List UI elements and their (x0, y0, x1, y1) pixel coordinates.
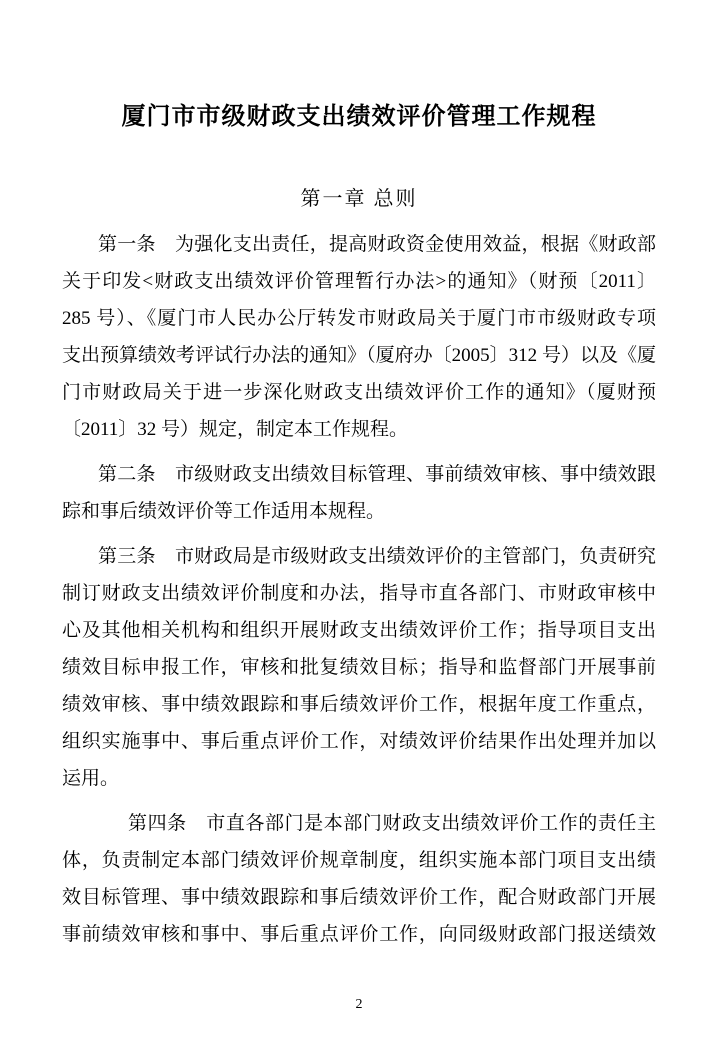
text-line: 关于印发<财政支出绩效评价管理暂行办法>的通知》（财预〔2011〕 (62, 263, 656, 300)
document-body: 第一条 为强化支出责任，提高财政资金使用效益，根据《财政部关于印发<财政支出绩效… (62, 226, 656, 953)
text-line: 踪和事后绩效评价等工作适用本规程。 (62, 493, 656, 530)
text-line: 第四条 市直各部门是本部门财政支出绩效评价工作的责任主 (62, 805, 656, 842)
text-line: 绩效目标申报工作，审核和批复绩效目标；指导和监督部门开展事前 (62, 649, 656, 686)
text-line: 支出预算绩效考评试行办法的通知》（厦府办〔2005〕312 号）以及《厦 (62, 337, 656, 374)
text-line: 第三条 市财政局是市级财政支出绩效评价的主管部门，负责研究 (62, 538, 656, 575)
article-4: 第四条 市直各部门是本部门财政支出绩效评价工作的责任主体，负责制定本部门绩效评价… (62, 805, 656, 953)
text-line: 制订财政支出绩效评价制度和办法，指导市直各部门、市财政审核中 (62, 575, 656, 612)
text-line: 第一条 为强化支出责任，提高财政资金使用效益，根据《财政部 (62, 226, 656, 263)
page-title: 厦门市市级财政支出绩效评价管理工作规程 (62, 101, 656, 133)
text-line: 心及其他相关机构和组织开展财政支出绩效评价工作；指导项目支出 (62, 612, 656, 649)
text-line: 绩效审核、事中绩效跟踪和事后绩效评价工作，根据年度工作重点， (62, 686, 656, 723)
text-line: 运用。 (62, 760, 656, 797)
article-1: 第一条 为强化支出责任，提高财政资金使用效益，根据《财政部关于印发<财政支出绩效… (62, 226, 656, 448)
text-line: 门市财政局关于进一步深化财政支出绩效评价工作的通知》（厦财预 (62, 374, 656, 411)
document-page: 厦门市市级财政支出绩效评价管理工作规程 第一章 总则 第一条 为强化支出责任，提… (0, 0, 718, 1047)
text-line: 组织实施事中、事后重点评价工作，对绩效评价结果作出处理并加以 (62, 723, 656, 760)
text-line: 体，负责制定本部门绩效评价规章制度，组织实施本部门项目支出绩 (62, 842, 656, 879)
text-line: 效目标管理、事中绩效跟踪和事后绩效评价工作，配合财政部门开展 (62, 879, 656, 916)
article-3: 第三条 市财政局是市级财政支出绩效评价的主管部门，负责研究制订财政支出绩效评价制… (62, 538, 656, 797)
page-number: 2 (0, 996, 718, 1013)
text-line: 事前绩效审核和事中、事后重点评价工作，向同级财政部门报送绩效 (62, 916, 656, 953)
article-2: 第二条 市级财政支出绩效目标管理、事前绩效审核、事中绩效跟踪和事后绩效评价等工作… (62, 456, 656, 530)
text-line: 285 号）、《厦门市人民办公厅转发市财政局关于厦门市市级财政专项 (62, 300, 656, 337)
document-content: 厦门市市级财政支出绩效评价管理工作规程 第一章 总则 第一条 为强化支出责任，提… (0, 101, 718, 953)
chapter-heading: 第一章 总则 (62, 186, 656, 212)
text-line: 〔2011〕32 号）规定，制定本工作规程。 (62, 411, 656, 448)
text-line: 第二条 市级财政支出绩效目标管理、事前绩效审核、事中绩效跟 (62, 456, 656, 493)
